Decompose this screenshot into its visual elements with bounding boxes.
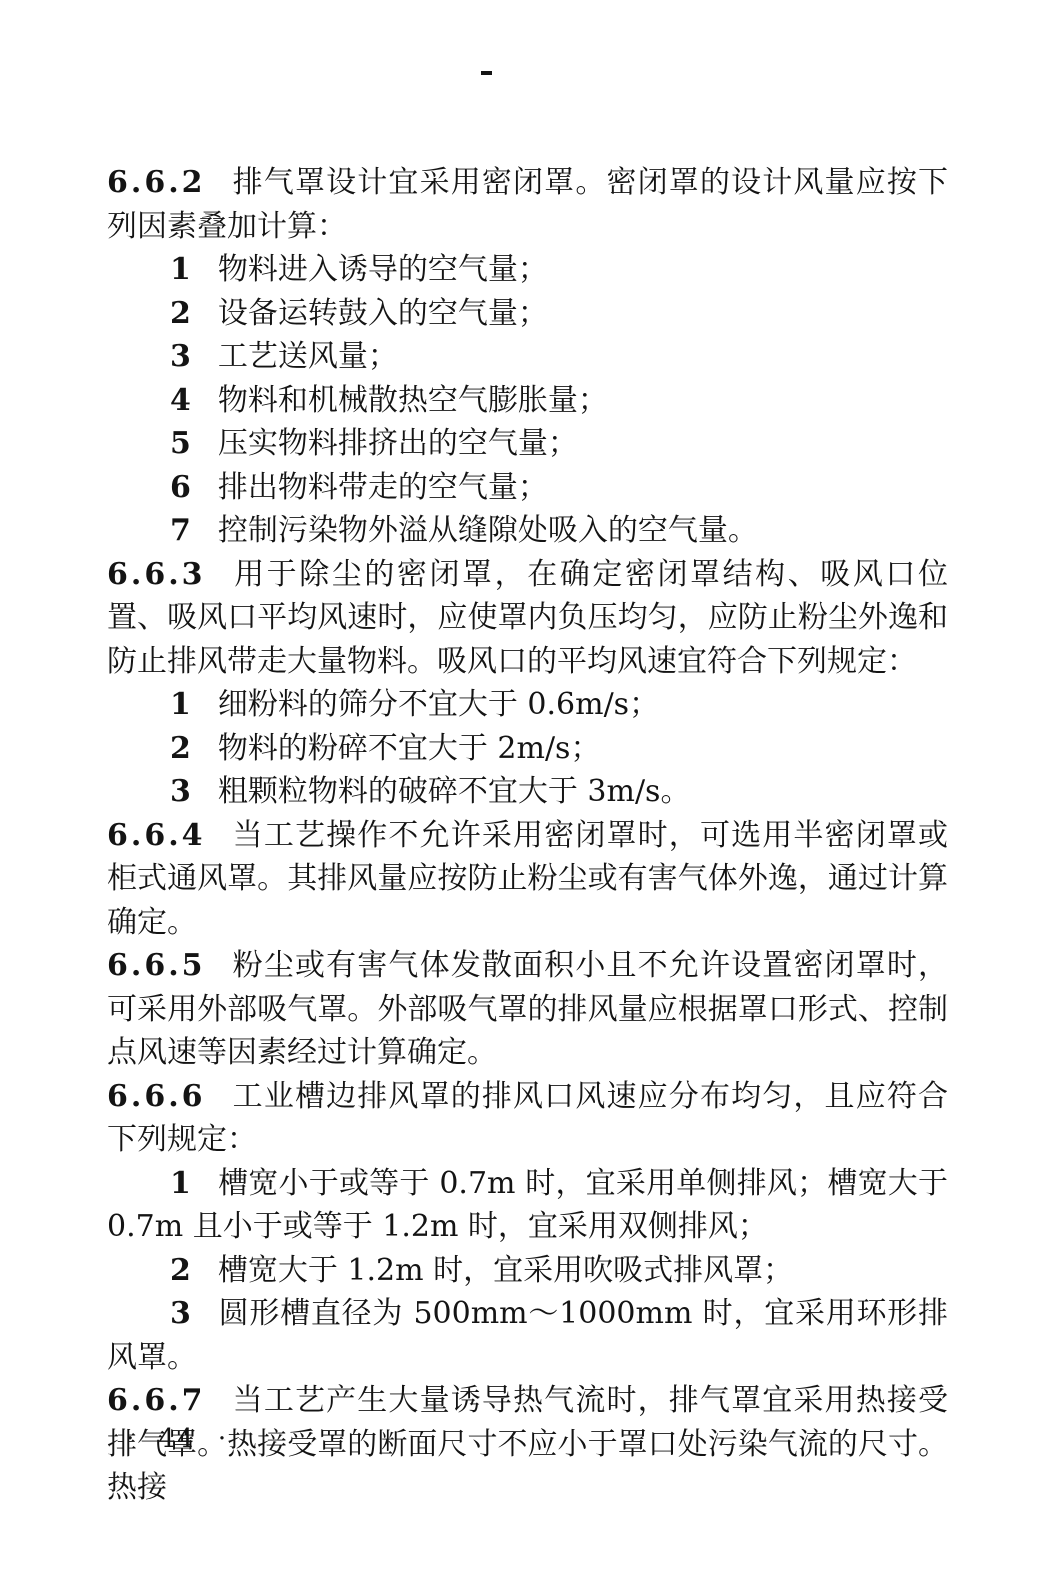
list-item: 3粗颗粒物料的破碎不宜大于 3m/s。 (107, 770, 948, 814)
clause-text: 用于除尘的密闭罩，在确定密闭罩结构、吸风口位置、吸风口平均风速时，应使罩内负压均… (107, 557, 948, 679)
item-text: 物料的粉碎不宜大于 2m/s； (218, 731, 601, 766)
item-text: 压实物料排挤出的空气量； (218, 426, 578, 461)
clause-number: 6.6.2 (107, 165, 206, 200)
item-number: 1 (170, 1166, 191, 1201)
item-number: 2 (170, 731, 191, 766)
clause-number: 6.6.5 (107, 948, 206, 983)
item-number: 5 (170, 426, 191, 461)
clause-number: 6.6.7 (107, 1383, 206, 1418)
list-item: 1槽宽小于或等于 0.7m 时，宜采用单侧排风；槽宽大于 0.7m 且小于或等于… (107, 1162, 948, 1249)
clause-paragraph: 6.6.5粉尘或有害气体发散面积小且不允许设置密闭罩时，可采用外部吸气罩。外部吸… (107, 944, 948, 1075)
item-text: 槽宽小于或等于 0.7m 时，宜采用单侧排风；槽宽大于 0.7m 且小于或等于 … (107, 1166, 948, 1245)
list-item: 1物料进入诱导的空气量； (107, 248, 948, 292)
clause-text: 排气罩设计宜采用密闭罩。密闭罩的设计风量应按下列因素叠加计算： (107, 165, 948, 244)
page-number: · 44 · (126, 1424, 228, 1454)
clause-paragraph: 6.6.2排气罩设计宜采用密闭罩。密闭罩的设计风量应按下列因素叠加计算： (107, 161, 948, 248)
item-text: 工艺送风量； (218, 339, 398, 374)
item-number: 3 (170, 1296, 191, 1331)
clause-paragraph: 6.6.7当工艺产生大量诱导热气流时，排气罩宜采用热接受排气罩。热接受罩的断面尺… (107, 1379, 948, 1510)
document-page: 6.6.2排气罩设计宜采用密闭罩。密闭罩的设计风量应按下列因素叠加计算：1物料进… (0, 0, 1053, 1576)
stray-mark (481, 71, 492, 75)
item-text: 排出物料带走的空气量； (218, 470, 548, 505)
list-item: 7控制污染物外溢从缝隙处吸入的空气量。 (107, 509, 948, 553)
item-number: 4 (170, 383, 191, 418)
clause-paragraph: 6.6.4当工艺操作不允许采用密闭罩时，可选用半密闭罩或柜式通风罩。其排风量应按… (107, 814, 948, 945)
item-text: 控制污染物外溢从缝隙处吸入的空气量。 (218, 513, 758, 548)
item-number: 1 (170, 687, 191, 722)
item-text: 槽宽大于 1.2m 时，宜采用吹吸式排风罩； (218, 1253, 793, 1288)
clause-paragraph: 6.6.3用于除尘的密闭罩，在确定密闭罩结构、吸风口位置、吸风口平均风速时，应使… (107, 553, 948, 684)
clause-paragraph: 6.6.6工业槽边排风罩的排风口风速应分布均匀，且应符合下列规定： (107, 1075, 948, 1162)
item-text: 细粉料的筛分不宜大于 0.6m/s； (218, 687, 659, 722)
clause-text: 工业槽边排风罩的排风口风速应分布均匀，且应符合下列规定： (107, 1079, 948, 1158)
list-item: 3圆形槽直径为 500mm～1000mm 时，宜采用环形排风罩。 (107, 1292, 948, 1379)
list-item: 1细粉料的筛分不宜大于 0.6m/s； (107, 683, 948, 727)
document-body: 6.6.2排气罩设计宜采用密闭罩。密闭罩的设计风量应按下列因素叠加计算：1物料进… (107, 161, 948, 1510)
clause-number: 6.6.4 (107, 818, 206, 853)
clause-text: 当工艺操作不允许采用密闭罩时，可选用半密闭罩或柜式通风罩。其排风量应按防止粉尘或… (107, 818, 948, 940)
list-item: 6排出物料带走的空气量； (107, 466, 948, 510)
clause-number: 6.6.6 (107, 1079, 206, 1114)
item-number: 3 (170, 339, 191, 374)
item-number: 2 (170, 296, 191, 331)
clause-text: 粉尘或有害气体发散面积小且不允许设置密闭罩时，可采用外部吸气罩。外部吸气罩的排风… (107, 948, 948, 1070)
item-number: 6 (170, 470, 191, 505)
item-text: 圆形槽直径为 500mm～1000mm 时，宜采用环形排风罩。 (107, 1296, 948, 1375)
item-text: 设备运转鼓入的空气量； (218, 296, 548, 331)
item-number: 7 (170, 513, 191, 548)
clause-text: 当工艺产生大量诱导热气流时，排气罩宜采用热接受排气罩。热接受罩的断面尺寸不应小于… (107, 1383, 948, 1505)
list-item: 3工艺送风量； (107, 335, 948, 379)
item-number: 3 (170, 774, 191, 809)
list-item: 2物料的粉碎不宜大于 2m/s； (107, 727, 948, 771)
list-item: 5压实物料排挤出的空气量； (107, 422, 948, 466)
list-item: 2设备运转鼓入的空气量； (107, 292, 948, 336)
list-item: 2槽宽大于 1.2m 时，宜采用吹吸式排风罩； (107, 1249, 948, 1293)
item-number: 2 (170, 1253, 191, 1288)
item-text: 物料和机械散热空气膨胀量； (218, 383, 608, 418)
item-text: 粗颗粒物料的破碎不宜大于 3m/s。 (218, 774, 691, 809)
list-item: 4物料和机械散热空气膨胀量； (107, 379, 948, 423)
item-number: 1 (170, 252, 191, 287)
clause-number: 6.6.3 (107, 557, 206, 592)
item-text: 物料进入诱导的空气量； (218, 252, 548, 287)
